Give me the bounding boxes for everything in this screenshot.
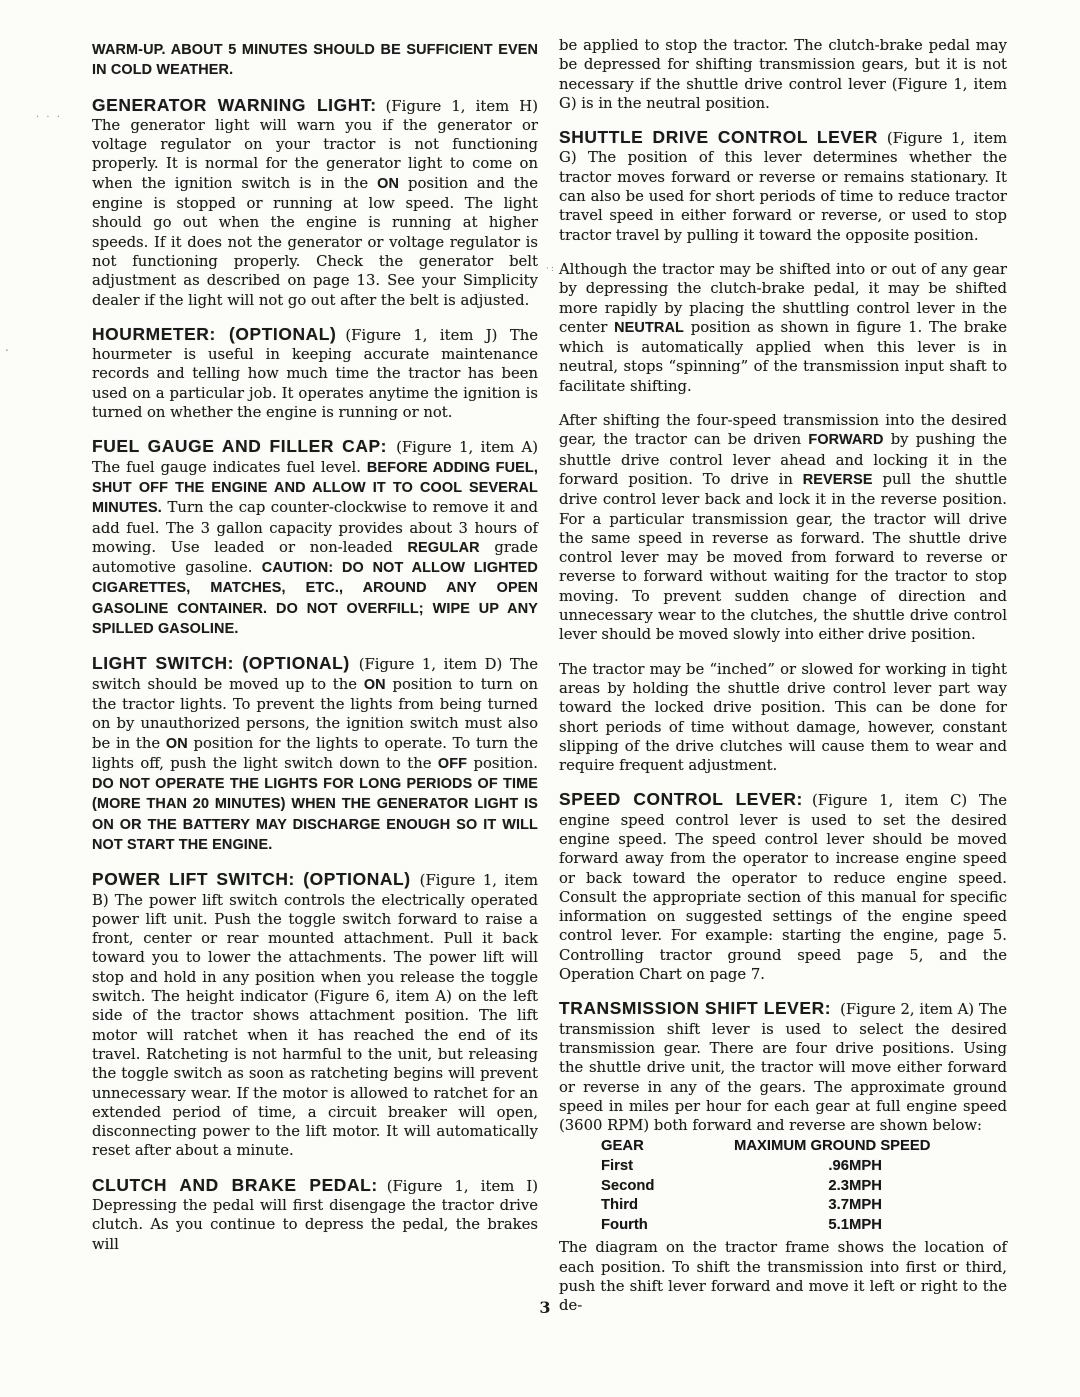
section-heading: TRANSMISSION SHIFT LEVER: xyxy=(559,998,840,1018)
body-text-run: NEUTRAL xyxy=(614,320,684,336)
table-row: Fourth 5.1 MPH xyxy=(601,1216,930,1236)
section-heading: CLUTCH AND BRAKE PEDAL: xyxy=(92,1175,387,1195)
body-text-run: ON xyxy=(377,176,399,192)
shuttle-drive-paragraph-2: Although the tractor may be shifted into… xyxy=(559,260,1007,396)
body-text-run: pull the shuttle drive control lever bac… xyxy=(559,471,1007,643)
body-text-run: (Figure 1, item G) The position of this … xyxy=(559,130,1007,243)
section-hourmeter: HOURMETER: (OPTIONAL)(Figure 1, item J) … xyxy=(92,325,538,422)
body-text-run: position. xyxy=(467,755,538,772)
section-clutch-and-brake-pedal: CLUTCH AND BRAKE PEDAL:(Figure 1, item I… xyxy=(92,1176,538,1254)
section-light-switch: LIGHT SWITCH: (OPTIONAL)(Figure 1, item … xyxy=(92,654,538,855)
left-column: WARM-UP. ABOUT 5 MINUTES SHOULD BE SUFFI… xyxy=(92,40,538,1269)
gear-name: Fourth xyxy=(601,1216,734,1236)
table-row: First .96 MPH xyxy=(601,1157,930,1177)
body-text-run: The diagram on the tractor frame shows t… xyxy=(559,1239,1007,1314)
gear-speed-table: GEAR MAXIMUM GROUND SPEED First .96 MPH … xyxy=(601,1137,930,1235)
section-shuttle-drive-control-lever: SHUTTLE DRIVE CONTROL LEVER(Figure 1, it… xyxy=(559,128,1007,245)
body-text-run: (Figure 1, item C) The engine speed cont… xyxy=(559,792,1007,983)
speed-unit: MPH xyxy=(849,1196,930,1216)
body-text-run: The tractor may be “inched” or slowed fo… xyxy=(559,661,1007,774)
right-column: be applied to stop the tractor. The clut… xyxy=(559,36,1007,1331)
clutch-brake-continuation-paragraph: be applied to stop the tractor. The clut… xyxy=(559,36,1007,113)
body-text-run: position and the engine is stopped or ru… xyxy=(92,175,538,309)
table-row: Third 3.7 MPH xyxy=(601,1196,930,1216)
section-transmission-shift-lever: TRANSMISSION SHIFT LEVER:(Figure 2, item… xyxy=(559,999,1007,1135)
section-fuel-gauge-and-filler-cap: FUEL GAUGE AND FILLER CAP:(Figure 1, ite… xyxy=(92,437,538,639)
transmission-footer-paragraph: The diagram on the tractor frame shows t… xyxy=(559,1238,1007,1315)
scan-artifact: . xyxy=(5,340,11,354)
body-text-run: OFF xyxy=(438,756,467,772)
gear-column-header: GEAR xyxy=(601,1137,734,1157)
table-row: Second 2.3 MPH xyxy=(601,1177,930,1197)
section-heading: POWER LIFT SWITCH: (OPTIONAL) xyxy=(92,869,420,889)
warmup-continuation-paragraph: WARM-UP. ABOUT 5 MINUTES SHOULD BE SUFFI… xyxy=(92,40,538,81)
body-text-run: ON xyxy=(166,736,188,752)
gear-table-header-row: GEAR MAXIMUM GROUND SPEED xyxy=(601,1137,930,1157)
scan-artifact: · · · xyxy=(36,112,62,123)
gear-name: Third xyxy=(601,1196,734,1216)
gear-speed: .96 xyxy=(734,1157,849,1177)
gear-speed: 2.3 xyxy=(734,1177,849,1197)
section-heading: LIGHT SWITCH: (OPTIONAL) xyxy=(92,653,359,673)
body-text-run: FORWARD xyxy=(808,432,883,448)
scan-artifact: ·: xyxy=(546,264,556,274)
section-power-lift-switch: POWER LIFT SWITCH: (OPTIONAL)(Figure 1, … xyxy=(92,870,538,1160)
section-heading: HOURMETER: (OPTIONAL) xyxy=(92,324,345,344)
body-text-run: (Figure 2, item A) The transmission shif… xyxy=(559,1001,1007,1134)
body-text-run: be applied to stop the tractor. The clut… xyxy=(559,37,1007,112)
body-text-run: REGULAR xyxy=(407,540,479,556)
speed-column-header: MAXIMUM GROUND SPEED xyxy=(734,1137,930,1157)
section-heading: SPEED CONTROL LEVER: xyxy=(559,789,812,809)
gear-name: First xyxy=(601,1157,734,1177)
gear-speed: 5.1 xyxy=(734,1216,849,1236)
body-text-run: REVERSE xyxy=(803,472,873,488)
section-heading: GENERATOR WARNING LIGHT: xyxy=(92,95,386,115)
shuttle-drive-paragraph-3: After shifting the four-speed transmissi… xyxy=(559,411,1007,645)
body-text-run: WARM-UP. ABOUT 5 MINUTES SHOULD BE SUFFI… xyxy=(92,42,538,78)
section-speed-control-lever: SPEED CONTROL LEVER:(Figure 1, item C) T… xyxy=(559,790,1007,984)
body-text-run: (Figure 1, item B) The power lift switch… xyxy=(92,872,538,1159)
page-number: 3 xyxy=(533,1298,557,1317)
speed-unit: MPH xyxy=(849,1216,930,1236)
gear-speed: 3.7 xyxy=(734,1196,849,1216)
body-text-run: ON xyxy=(364,677,386,693)
speed-unit: MPH xyxy=(849,1157,930,1177)
section-heading: FUEL GAUGE AND FILLER CAP: xyxy=(92,436,396,456)
gear-name: Second xyxy=(601,1177,734,1197)
speed-unit: MPH xyxy=(849,1177,930,1197)
body-text-run: DO NOT OPERATE THE LIGHTS FOR LONG PERIO… xyxy=(92,776,538,853)
manual-page: · · · . ·´- ·: WARM-UP. ABOUT 5 MINUTES … xyxy=(0,0,1080,1397)
section-heading: SHUTTLE DRIVE CONTROL LEVER xyxy=(559,127,887,147)
shuttle-drive-paragraph-4: The tractor may be “inched” or slowed fo… xyxy=(559,660,1007,776)
section-generator-warning-light: GENERATOR WARNING LIGHT:(Figure 1, item … xyxy=(92,96,538,310)
